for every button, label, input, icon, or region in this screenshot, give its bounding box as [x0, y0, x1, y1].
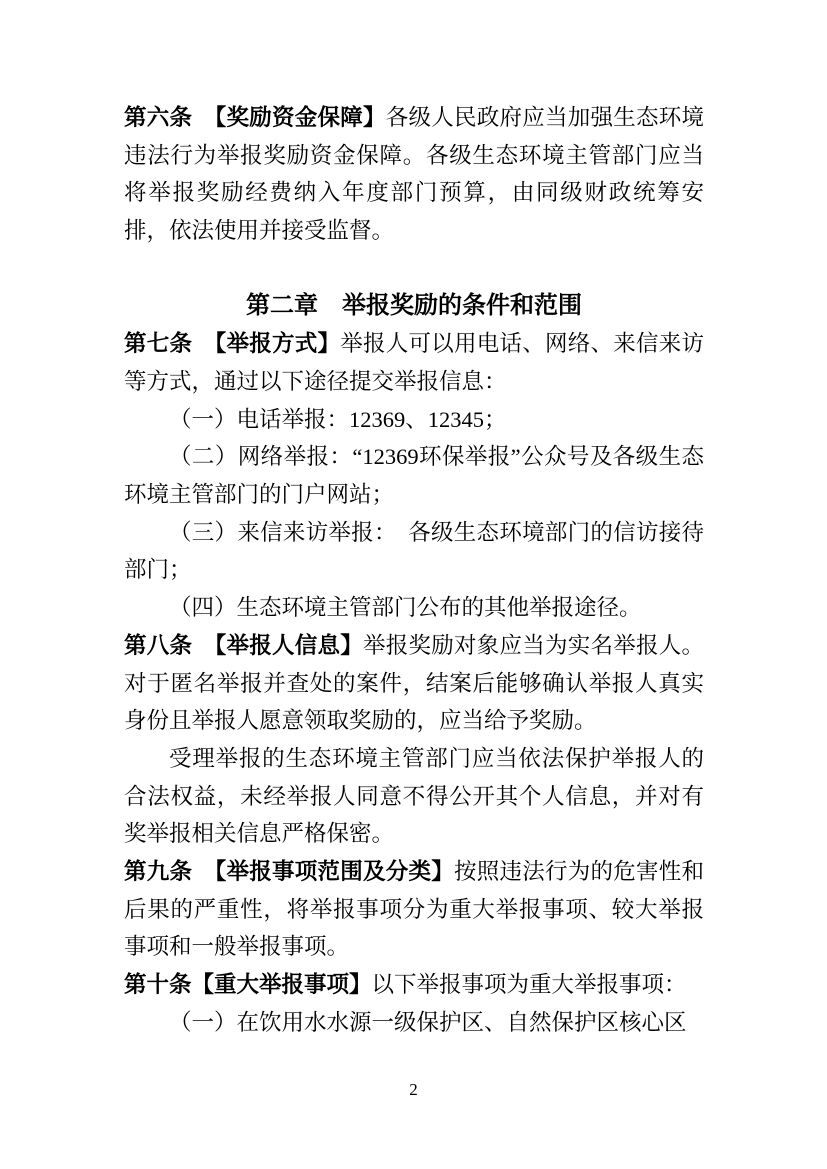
paragraph-article-7: 第七条 【举报方式】举报人可以用电话、网络、来信来访等方式，通过以下途径提交举报… — [124, 325, 704, 400]
document-page: 第六条 【奖励资金保障】各级人民政府应当加强生态环境违法行为举报奖励资金保障。各… — [0, 0, 827, 1169]
paragraph-article-6: 第六条 【奖励资金保障】各级人民政府应当加强生态环境违法行为举报奖励资金保障。各… — [124, 99, 704, 250]
article-10-text: 以下举报事项为重大举报事项： — [372, 972, 687, 997]
article-6-label: 第六条 【奖励资金保障】 — [124, 105, 386, 130]
article-7-item-1: （一）电话举报：12369、12345； — [124, 401, 704, 439]
article-8-label: 第八条 【举报人信息】 — [124, 633, 363, 658]
paragraph-reporter-protection: 受理举报的生态环境主管部门应当依法保护举报人的合法权益，未经举报人同意不得公开其… — [124, 740, 704, 853]
document-content: 第六条 【奖励资金保障】各级人民政府应当加强生态环境违法行为举报奖励资金保障。各… — [124, 99, 704, 1042]
article-9-label: 第九条 【举报事项范围及分类】 — [124, 859, 454, 884]
paragraph-article-8: 第八条 【举报人信息】举报奖励对象应当为实名举报人。对于匿名举报并查处的案件，结… — [124, 627, 704, 740]
article-7-item-3: （三）来信来访举报： 各级生态环境部门的信访接待部门； — [124, 514, 704, 589]
page-number: 2 — [0, 1079, 827, 1101]
article-7-label: 第七条 【举报方式】 — [124, 331, 340, 356]
paragraph-article-9: 第九条 【举报事项范围及分类】按照违法行为的危害性和后果的严重性，将举报事项分为… — [124, 853, 704, 966]
article-10-item-1: （一）在饮用水水源一级保护区、自然保护区核心区 — [124, 1004, 704, 1042]
article-7-item-2: （二）网络举报：“12369环保举报”公众号及各级生态环境主管部门的门户网站； — [124, 438, 704, 513]
article-10-label: 第十条【重大举报事项】 — [124, 972, 372, 997]
chapter-2-heading: 第二章 举报奖励的条件和范围 — [124, 288, 704, 326]
article-7-item-4: （四）生态环境主管部门公布的其他举报途径。 — [124, 589, 704, 627]
paragraph-article-10: 第十条【重大举报事项】以下举报事项为重大举报事项： — [124, 966, 704, 1004]
